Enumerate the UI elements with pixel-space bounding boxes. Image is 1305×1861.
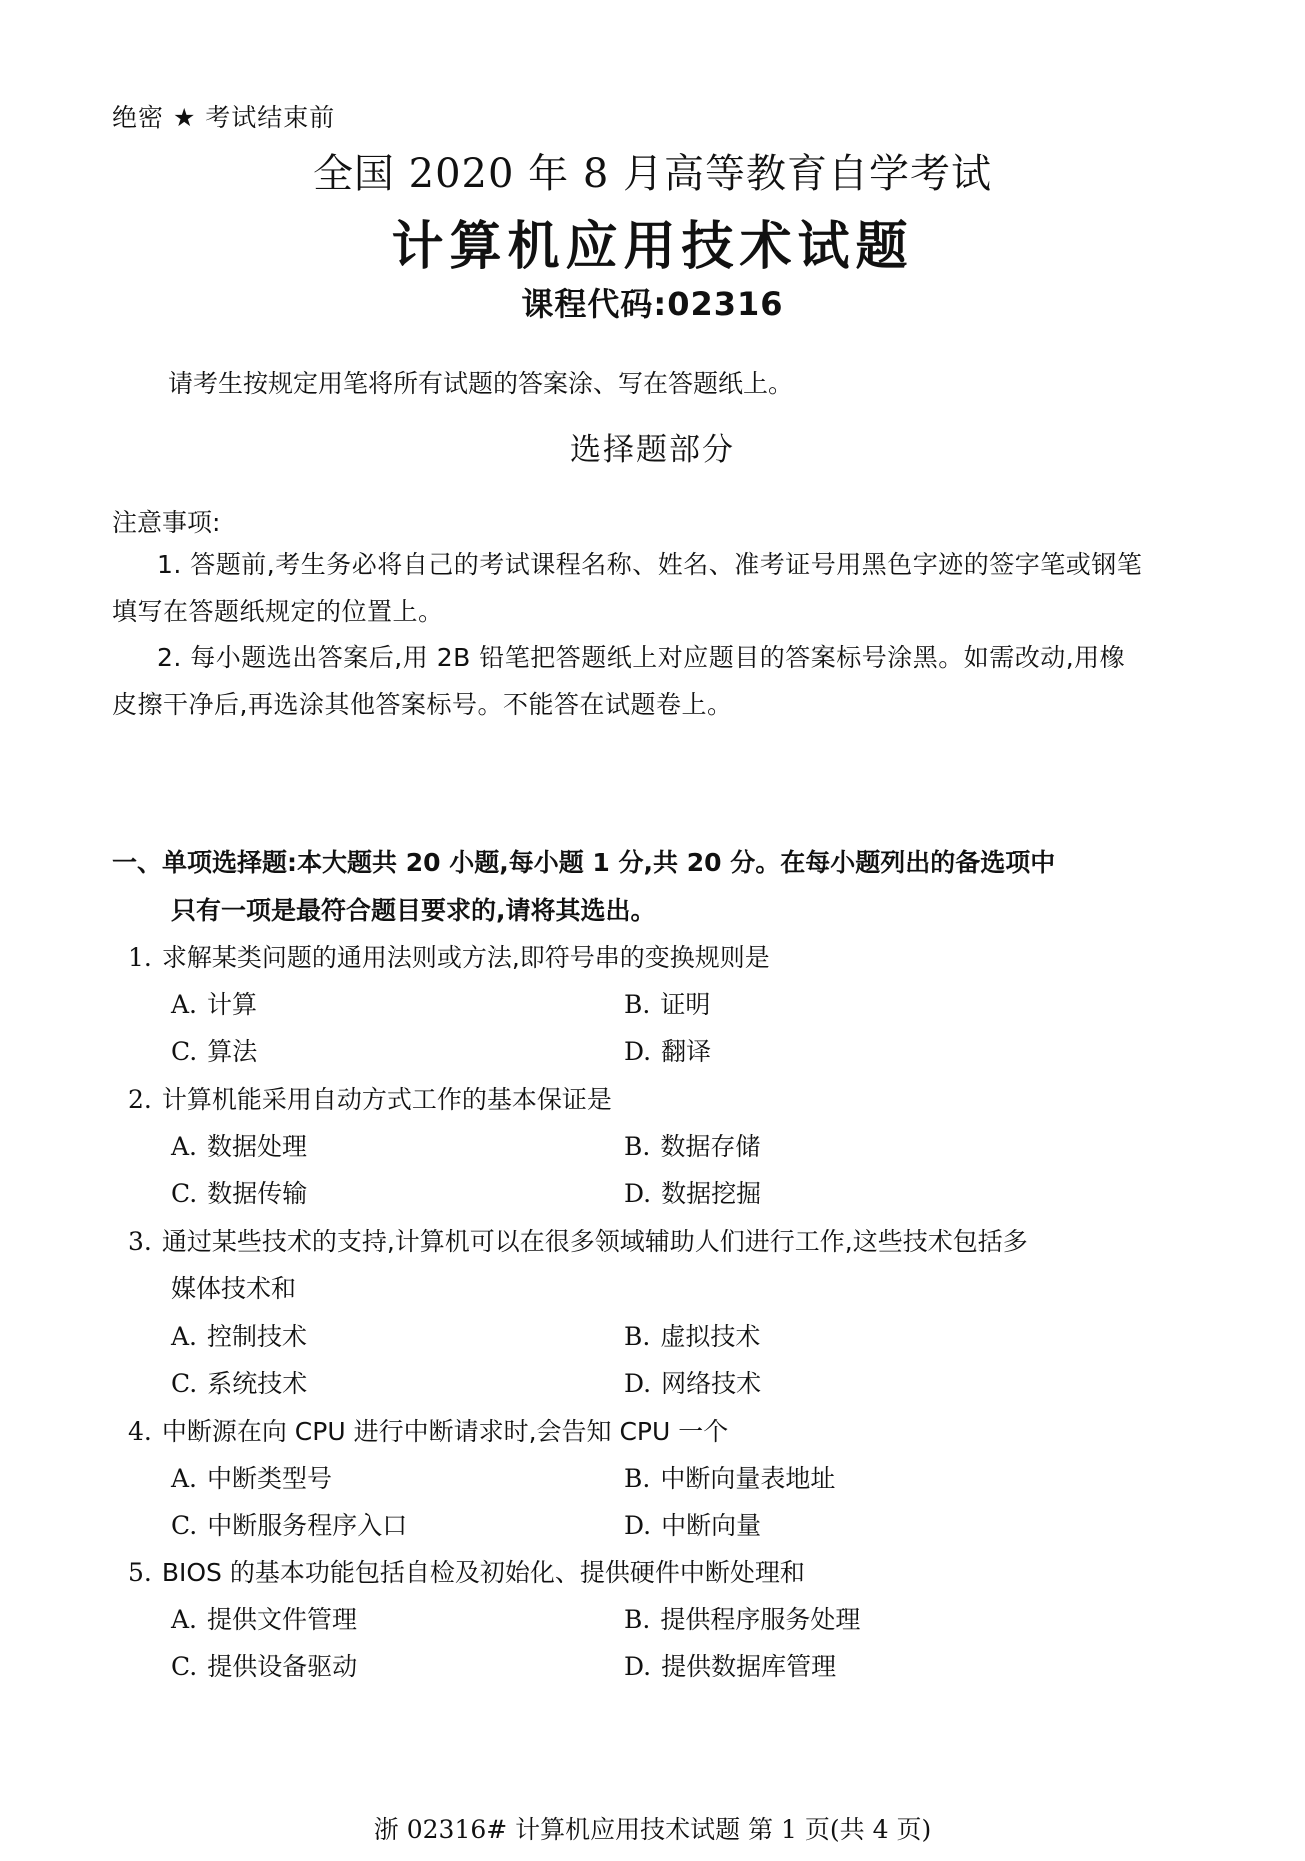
option-text: 数据挖掘	[661, 1179, 761, 1208]
option-text: 中断向量	[661, 1511, 761, 1540]
option-label: D.	[624, 1179, 651, 1208]
option-text: 证明	[660, 990, 710, 1019]
exam-header: 全国 2020 年 8 月高等教育自学考试	[0, 142, 1305, 199]
question-2-option-c: C.数据传输	[171, 1174, 307, 1210]
option-text: 提供文件管理	[207, 1605, 357, 1634]
option-text: 网络技术	[661, 1369, 761, 1398]
question-number: 3.	[128, 1227, 152, 1256]
question-3-stem-cont: 媒体技术和	[171, 1269, 296, 1305]
exam-title: 计算机应用技术试题	[0, 204, 1305, 279]
question-2-option-a: A.数据处理	[171, 1127, 307, 1163]
general-instruction: 请考生按规定用笔将所有试题的答案涂、写在答题纸上。	[168, 364, 793, 400]
question-number: 1.	[128, 943, 152, 972]
note-item-1-cont: 填写在答题纸规定的位置上。	[112, 592, 444, 628]
question-5-option-b: B.提供程序服务处理	[624, 1600, 860, 1636]
option-text: 算法	[207, 1037, 257, 1066]
question-4-option-c: C.中断服务程序入口	[171, 1506, 407, 1542]
course-code: 课程代码:02316	[0, 279, 1305, 325]
question-4-stem: 4.中断源在向 CPU 进行中断请求时,会告知 CPU 一个	[128, 1412, 728, 1448]
question-2-option-b: B.数据存储	[624, 1127, 760, 1163]
question-3-stem: 3.通过某些技术的支持,计算机可以在很多领域辅助人们进行工作,这些技术包括多	[128, 1222, 1028, 1258]
option-label: A.	[171, 1322, 197, 1351]
question-3-option-c: C.系统技术	[171, 1364, 307, 1400]
option-text: 中断服务程序入口	[207, 1511, 407, 1540]
question-3-option-b: B.虚拟技术	[624, 1317, 760, 1353]
question-1-option-b: B.证明	[624, 985, 710, 1021]
option-label: B.	[624, 1605, 650, 1634]
question-number: 4.	[128, 1417, 152, 1446]
notes-heading: 注意事项:	[112, 503, 220, 539]
option-label: A.	[171, 990, 197, 1019]
option-label: B.	[624, 1132, 650, 1161]
question-5-option-a: A.提供文件管理	[171, 1600, 357, 1636]
question-1-option-a: A.计算	[171, 985, 257, 1021]
option-text: 控制技术	[207, 1322, 307, 1351]
option-text: 中断向量表地址	[660, 1464, 835, 1493]
option-label: A.	[171, 1464, 197, 1493]
option-text: 数据存储	[660, 1132, 760, 1161]
option-label: A.	[171, 1132, 197, 1161]
option-text: 系统技术	[207, 1369, 307, 1398]
option-label: C.	[171, 1179, 197, 1208]
question-1-option-d: D.翻译	[624, 1032, 711, 1068]
question-text: 求解某类问题的通用法则或方法,即符号串的变换规则是	[162, 943, 770, 972]
question-text: 通过某些技术的支持,计算机可以在很多领域辅助人们进行工作,这些技术包括多	[162, 1227, 1028, 1256]
option-label: C.	[171, 1652, 197, 1681]
option-label: A.	[171, 1605, 197, 1634]
option-text: 提供设备驱动	[207, 1652, 357, 1681]
question-5-stem: 5.BIOS 的基本功能包括自检及初始化、提供硬件中断处理和	[128, 1553, 805, 1589]
option-text: 中断类型号	[207, 1464, 332, 1493]
note-item-2-cont: 皮擦干净后,再选涂其他答案标号。不能答在试题卷上。	[112, 685, 732, 721]
question-4-option-b: B.中断向量表地址	[624, 1459, 835, 1495]
question-number: 5.	[128, 1558, 152, 1587]
note-item-1: 1. 答题前,考生务必将自己的考试课程名称、姓名、准考证号用黑色字迹的签字笔或钢…	[157, 545, 1142, 581]
option-label: B.	[624, 1322, 650, 1351]
option-text: 虚拟技术	[660, 1322, 760, 1351]
question-1-stem: 1.求解某类问题的通用法则或方法,即符号串的变换规则是	[128, 938, 770, 974]
section-title: 选择题部分	[0, 424, 1305, 469]
question-2-stem: 2.计算机能采用自动方式工作的基本保证是	[128, 1080, 612, 1116]
option-text: 计算	[207, 990, 257, 1019]
page-footer: 浙 02316# 计算机应用技术试题 第 1 页(共 4 页)	[0, 1810, 1305, 1846]
question-3-option-a: A.控制技术	[171, 1317, 307, 1353]
question-4-option-d: D.中断向量	[624, 1506, 761, 1542]
option-text: 数据处理	[207, 1132, 307, 1161]
question-1-option-c: C.算法	[171, 1032, 257, 1068]
option-label: C.	[171, 1369, 197, 1398]
option-label: D.	[624, 1511, 651, 1540]
option-text: 数据传输	[207, 1179, 307, 1208]
option-label: B.	[624, 990, 650, 1019]
question-text: BIOS 的基本功能包括自检及初始化、提供硬件中断处理和	[162, 1558, 805, 1587]
option-label: C.	[171, 1511, 197, 1540]
question-4-option-a: A.中断类型号	[171, 1459, 332, 1495]
part1-heading-cont: 只有一项是最符合题目要求的,请将其选出。	[171, 891, 656, 927]
question-5-option-d: D.提供数据库管理	[624, 1647, 836, 1683]
option-text: 提供程序服务处理	[660, 1605, 860, 1634]
question-2-option-d: D.数据挖掘	[624, 1174, 761, 1210]
option-label: D.	[624, 1369, 651, 1398]
option-label: C.	[171, 1037, 197, 1066]
question-3-option-d: D.网络技术	[624, 1364, 761, 1400]
option-label: D.	[624, 1037, 651, 1066]
confidential-label: 绝密 ★ 考试结束前	[112, 98, 335, 134]
option-label: D.	[624, 1652, 651, 1681]
option-text: 翻译	[661, 1037, 711, 1066]
question-number: 2.	[128, 1085, 152, 1114]
option-text: 提供数据库管理	[661, 1652, 836, 1681]
question-5-option-c: C.提供设备驱动	[171, 1647, 357, 1683]
question-text: 中断源在向 CPU 进行中断请求时,会告知 CPU 一个	[162, 1417, 728, 1446]
option-label: B.	[624, 1464, 650, 1493]
question-text: 计算机能采用自动方式工作的基本保证是	[162, 1085, 612, 1114]
part1-heading: 一、单项选择题:本大题共 20 小题,每小题 1 分,共 20 分。在每小题列出…	[112, 843, 1055, 879]
note-item-2: 2. 每小题选出答案后,用 2B 铅笔把答题纸上对应题目的答案标号涂黑。如需改动…	[157, 638, 1125, 674]
